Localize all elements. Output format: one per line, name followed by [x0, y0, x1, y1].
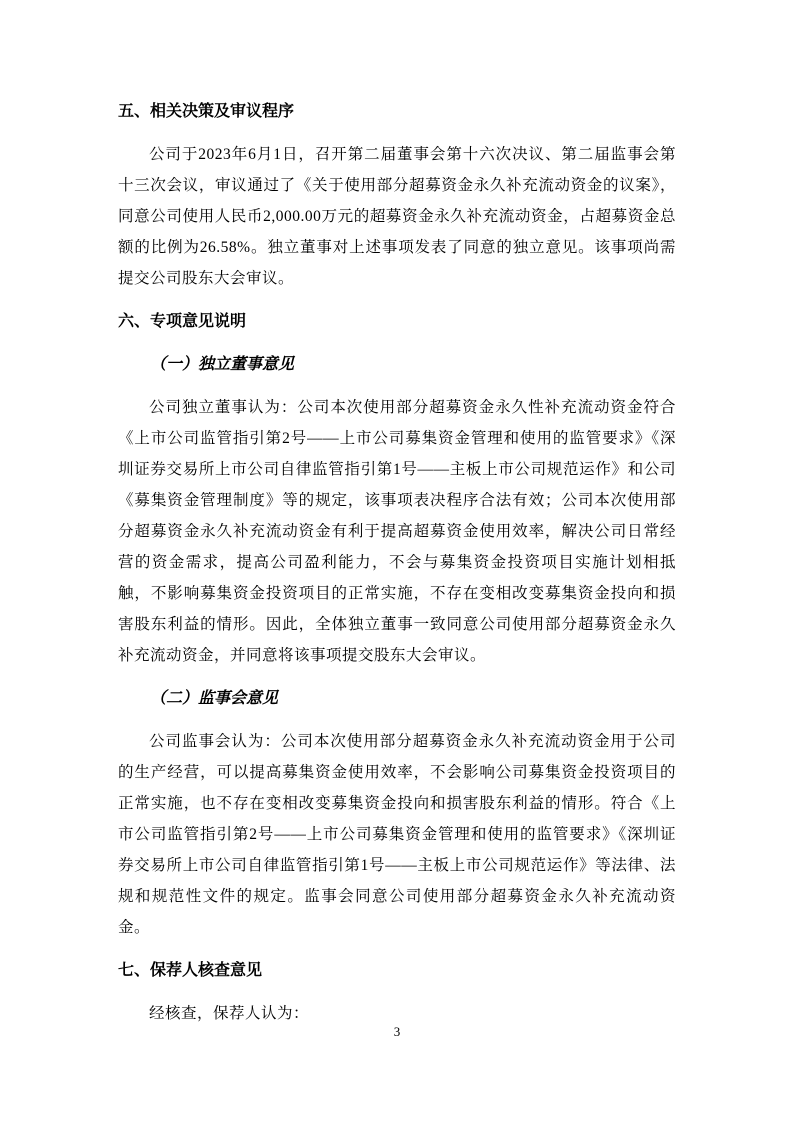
- document-page: 五、相关决策及审议程序 公司于2023年6月1日，召开第二届董事会第十六次决议、…: [0, 0, 794, 1123]
- section-heading-related-decisions: 五、相关决策及审议程序: [118, 96, 676, 127]
- independent-directors-opinion-paragraph: 公司独立董事认为：公司本次使用部分超募资金永久性补充流动资金符合《上市公司监管指…: [118, 392, 676, 671]
- supervisory-board-opinion-paragraph: 公司监事会认为：公司本次使用部分超募资金永久补充流动资金用于公司的生产经营，可以…: [118, 726, 676, 943]
- section-heading-special-opinions: 六、专项意见说明: [118, 306, 676, 337]
- subsection-heading-independent-directors-opinion: （一）独立董事意见: [118, 349, 676, 380]
- page-number: 3: [0, 1024, 794, 1040]
- related-decisions-paragraph: 公司于2023年6月1日，召开第二届董事会第十六次决议、第二届监事会第十三次会议…: [118, 139, 676, 294]
- section-heading-sponsor-verification-opinion: 七、保荐人核查意见: [118, 955, 676, 986]
- subsection-heading-supervisory-board-opinion: （二）监事会意见: [118, 683, 676, 714]
